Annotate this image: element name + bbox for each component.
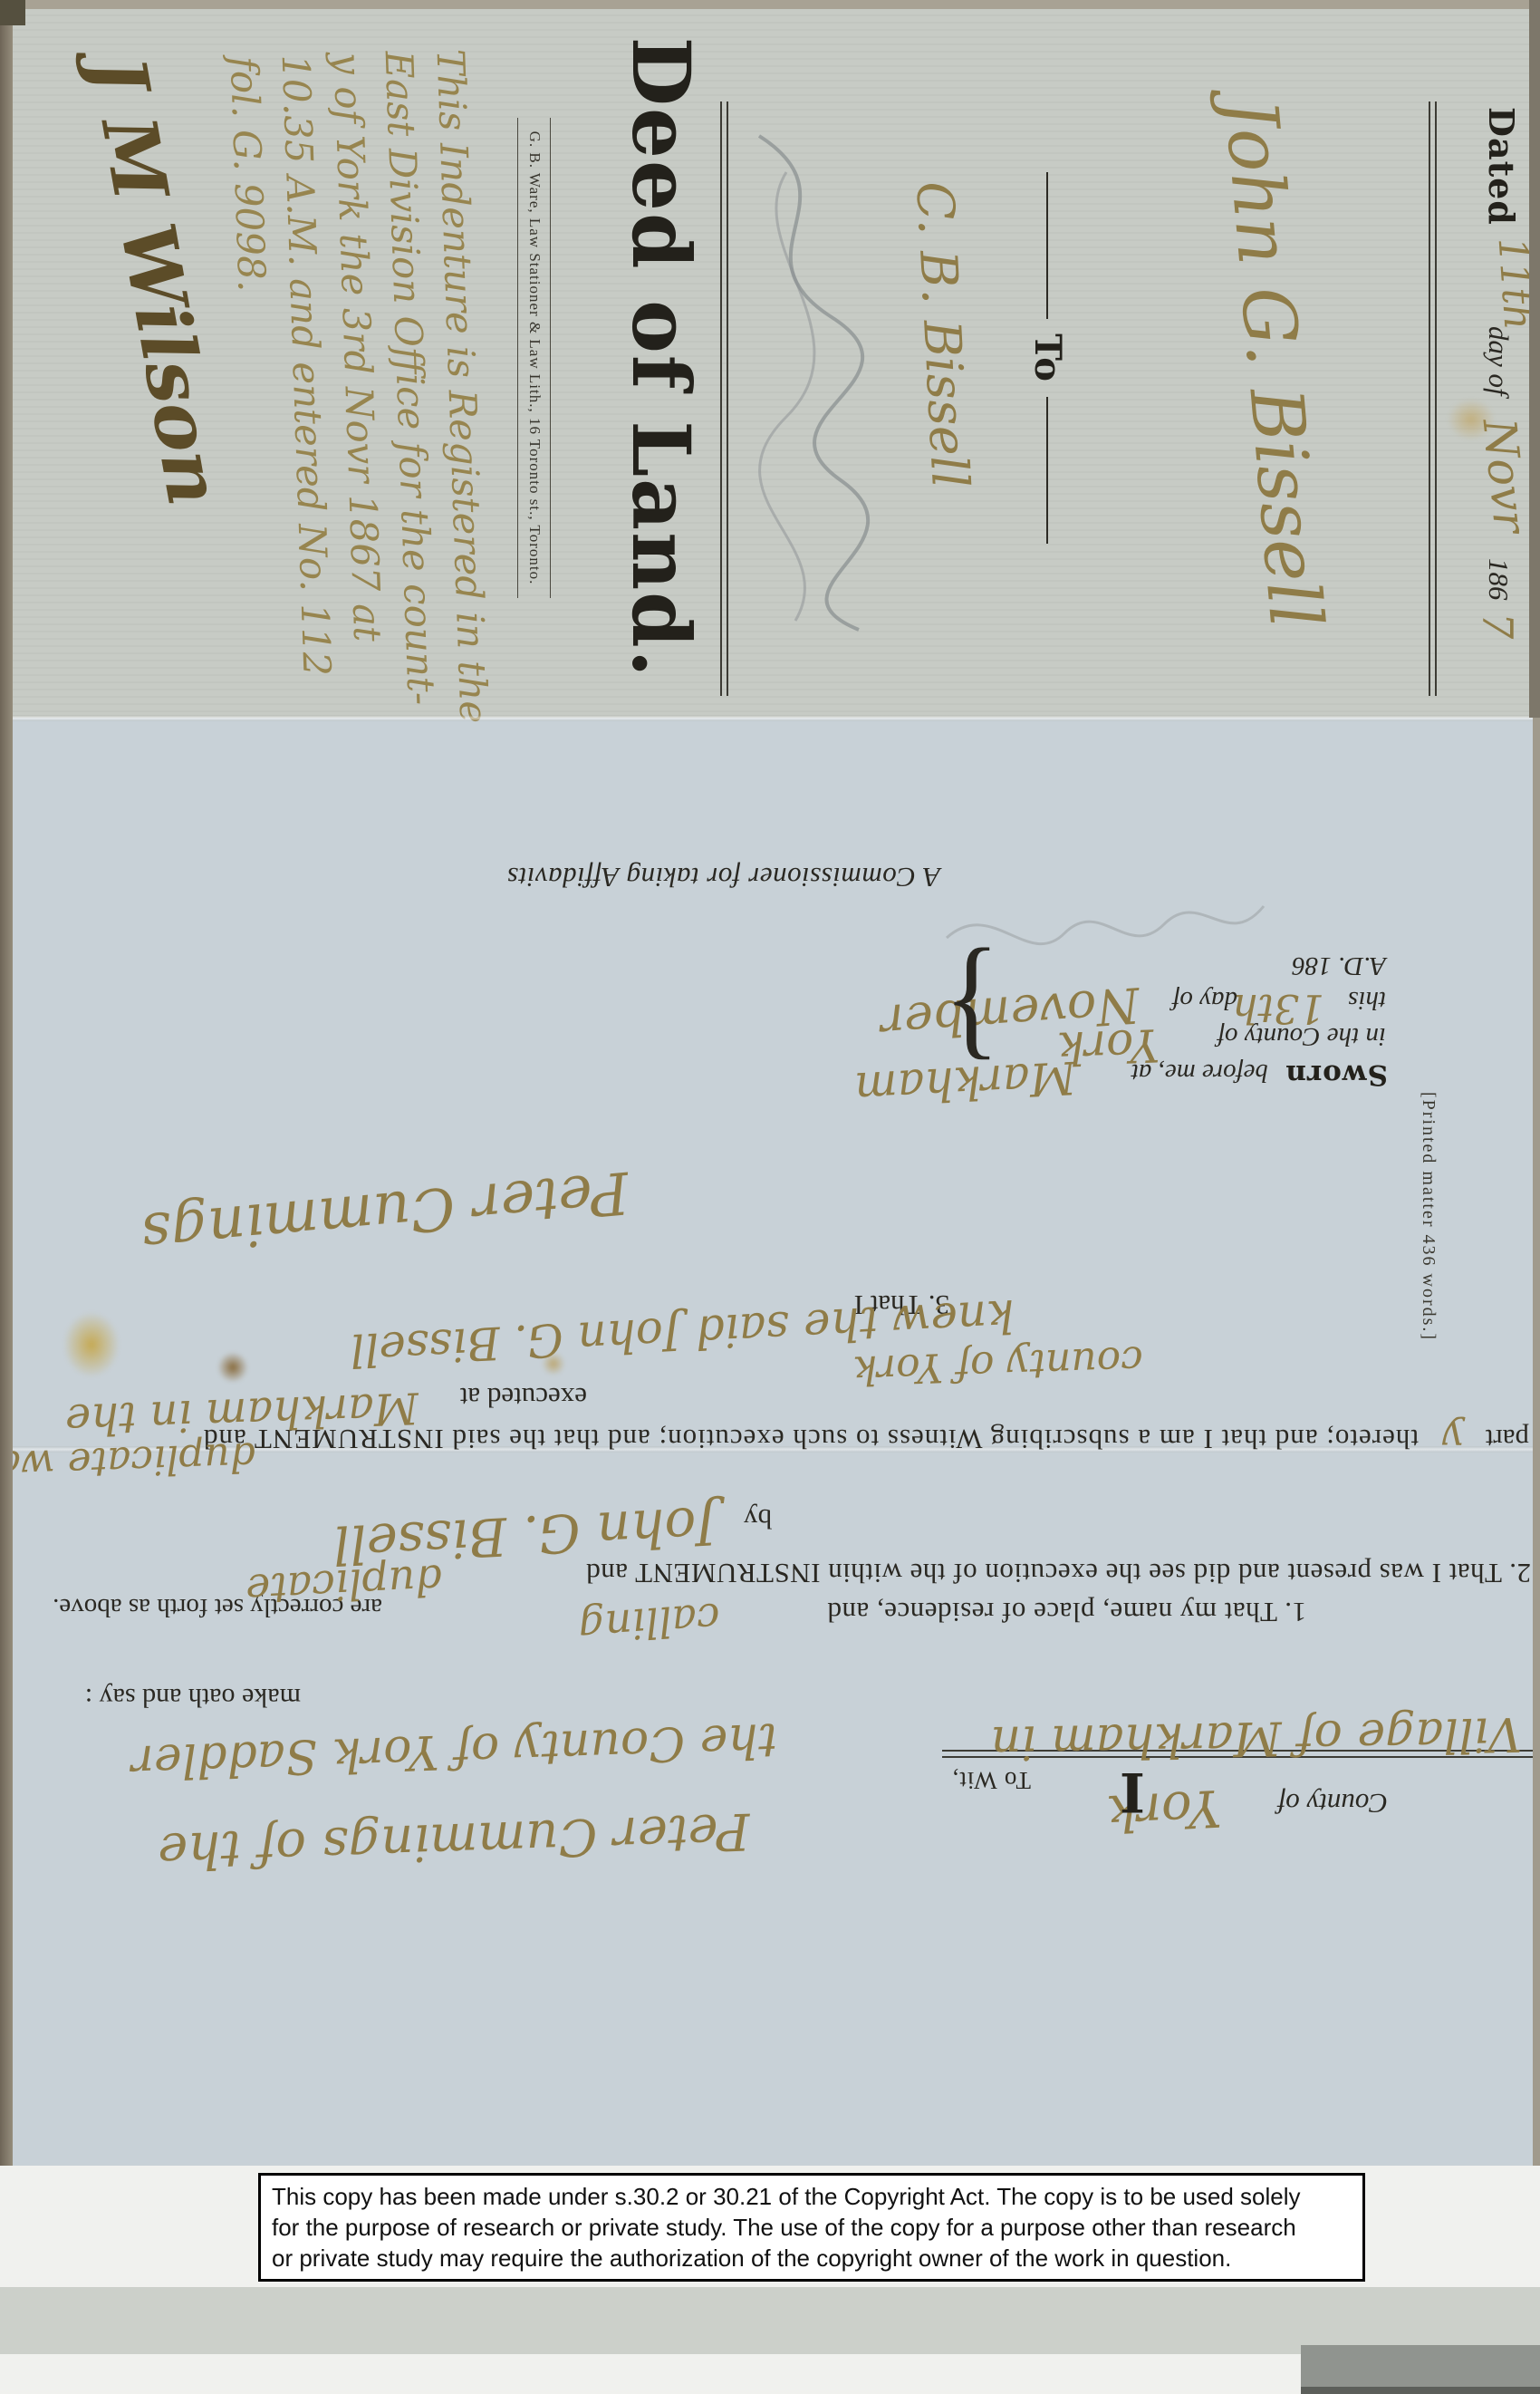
year-handwriting: 7 <box>1473 613 1522 639</box>
docket-rule-top <box>1429 101 1437 696</box>
top-paper-edge <box>0 0 1540 9</box>
clause3-part-label: part <box>1486 1423 1529 1455</box>
fold-crease <box>0 715 1540 721</box>
foxing-stain <box>542 1352 565 1376</box>
copyright-line: for the purpose of research or private s… <box>272 2212 1352 2243</box>
clause1-text: 1. That my name, place of residence, and <box>827 1596 1306 1628</box>
jurat-brace: } <box>944 942 1000 1078</box>
scanned-deed-page: Dated 11th day of Novr 186 7 John G. Bis… <box>0 0 1540 2394</box>
dated-label: Dated <box>1481 107 1522 226</box>
pencil-scribble <box>723 118 895 643</box>
copyright-line: This copy has been made under s.30.2 or … <box>272 2181 1352 2212</box>
to-dash-right <box>1047 397 1049 544</box>
grantor-signature: John G. Bissell <box>1208 95 1339 632</box>
grantee-handwriting: C. B. Bissell <box>904 180 979 490</box>
deponent-residence-handwriting: Village of Markham in <box>990 1706 1522 1770</box>
sworn-word: Sworn <box>1285 1058 1388 1091</box>
deed-title: Deed of Land. <box>614 0 708 716</box>
affidavit-readable-content: County of York To Wit, I Peter Cummings … <box>0 816 1540 2084</box>
foxing-stain <box>63 1312 120 1377</box>
left-paper-edge <box>0 0 13 2356</box>
sworn-dayof-label: day of <box>1172 985 1237 1015</box>
docket-readable-content: Dated 11th day of Novr 186 7 John G. Bis… <box>0 0 1540 716</box>
registrar-signature: J M Wilson <box>73 50 237 511</box>
right-paper-edge-lower <box>1533 718 1540 2167</box>
docket-rule-mid <box>720 101 728 696</box>
day-of-label: day of <box>1482 326 1515 396</box>
printed-matter-note: [Printed matter 436 words.] <box>1418 1092 1439 1341</box>
copyright-notice-box: This copy has been made under s.30.2 or … <box>258 2173 1365 2282</box>
sworn-this-label: this <box>1348 985 1386 1015</box>
registration-endorsement: This Indenture is Registered in the East… <box>218 48 499 700</box>
stationer-rule-bottom <box>517 118 518 598</box>
deponent-initial-glyph: I <box>1119 1760 1145 1823</box>
executed-at-label: executed at <box>460 1381 587 1414</box>
sworn-day-handwriting: 13th <box>1232 985 1324 1031</box>
year-printed: 186 <box>1482 558 1515 601</box>
faint-pencil-signature <box>938 879 1273 960</box>
stationer-rule-top <box>550 118 551 598</box>
sworn-ad-label: A.D. 186 <box>1292 951 1386 980</box>
deponent-calling-handwriting: the County of York Saddler <box>130 1713 778 1790</box>
witness-signature: Peter Cummings <box>139 1158 631 1268</box>
to-dash-left <box>1047 172 1049 319</box>
to-label: To <box>1026 333 1069 382</box>
by-label: by <box>744 1502 772 1535</box>
archive-bottom-line <box>1301 2387 1540 2394</box>
deponent-name-handwriting: Peter Cummings of the <box>157 1801 751 1881</box>
archive-gray-band <box>0 2287 1540 2354</box>
to-divider: To <box>1026 172 1069 544</box>
stationer-line: G. B. Ware, Law Stationer & Law Lith., 1… <box>525 0 544 716</box>
copyright-line: or private study may require the authori… <box>272 2243 1352 2273</box>
foxing-stain <box>217 1352 248 1383</box>
county-of-label: County of <box>1278 1787 1388 1820</box>
top-left-corner-fold <box>0 0 25 25</box>
clause3-part-handwriting: y <box>1442 1416 1464 1461</box>
clause1-handwriting: calling <box>577 1594 722 1653</box>
clause2-text: 2. That I was present and did see the ex… <box>586 1557 1531 1589</box>
right-paper-edge <box>1529 0 1540 718</box>
to-wit-label: To Wit, <box>951 1766 1031 1794</box>
foxing-stain <box>1448 399 1495 440</box>
make-oath-label: make oath and say : <box>85 1682 301 1713</box>
commissioner-label: A Commissioner for taking Affidavits <box>507 861 940 893</box>
